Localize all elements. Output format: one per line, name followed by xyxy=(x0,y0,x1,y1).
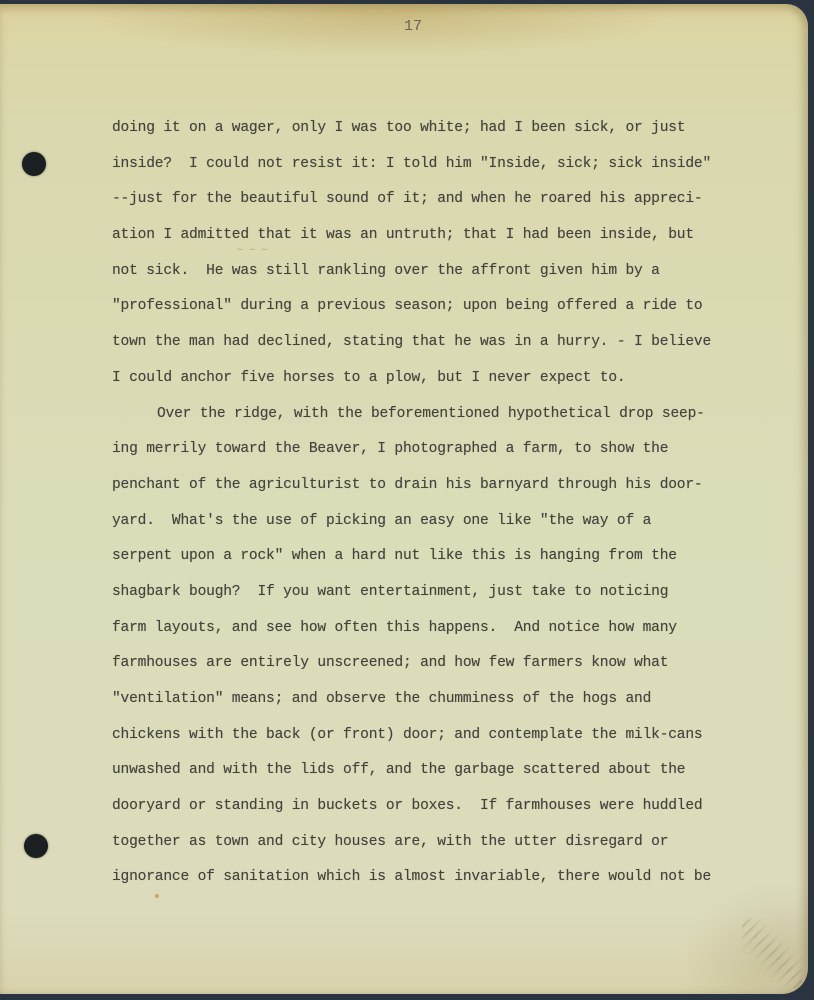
text-line: serpent upon a rock" when a hard nut lik… xyxy=(112,544,752,580)
text-line: I could anchor five horses to a plow, bu… xyxy=(112,366,752,402)
page-number: 17 xyxy=(404,18,422,35)
text-line: town the man had declined, stating that … xyxy=(112,330,752,366)
text-line: not sick. He was still rankling over the… xyxy=(112,259,752,295)
text-line: farm layouts, and see how often this hap… xyxy=(112,616,752,652)
text-line: --just for the beautiful sound of it; an… xyxy=(112,187,752,223)
text-line: "professional" during a previous season;… xyxy=(112,294,752,330)
typewritten-page: 17 ~ ~ ~ doing it on a wager, only I was… xyxy=(0,4,808,994)
text-line: together as town and city houses are, wi… xyxy=(112,830,752,866)
punch-hole-top xyxy=(22,152,46,176)
text-line: yard. What's the use of picking an easy … xyxy=(112,509,752,545)
text-line: ing merrily toward the Beaver, I photogr… xyxy=(112,437,752,473)
text-line: dooryard or standing in buckets or boxes… xyxy=(112,794,752,830)
text-line: ation I admitted that it was an untruth;… xyxy=(112,223,752,259)
text-line: penchant of the agriculturist to drain h… xyxy=(112,473,752,509)
text-line-indented: Over the ridge, with the beforementioned… xyxy=(112,402,752,438)
text-line: "ventilation" means; and observe the chu… xyxy=(112,687,752,723)
text-line: inside? I could not resist it: I told hi… xyxy=(112,152,752,188)
text-line: shagbark bough? If you want entertainmen… xyxy=(112,580,752,616)
punch-hole-bottom xyxy=(24,834,48,858)
text-line: farmhouses are entirely unscreened; and … xyxy=(112,651,752,687)
text-line: chickens with the back (or front) door; … xyxy=(112,723,752,759)
text-line: unwashed and with the lids off, and the … xyxy=(112,758,752,794)
text-line: doing it on a wager, only I was too whit… xyxy=(112,116,752,152)
corner-wear-mark xyxy=(742,918,802,988)
body-text: doing it on a wager, only I was too whit… xyxy=(112,116,752,901)
text-line: ignorance of sanitation which is almost … xyxy=(112,865,752,901)
